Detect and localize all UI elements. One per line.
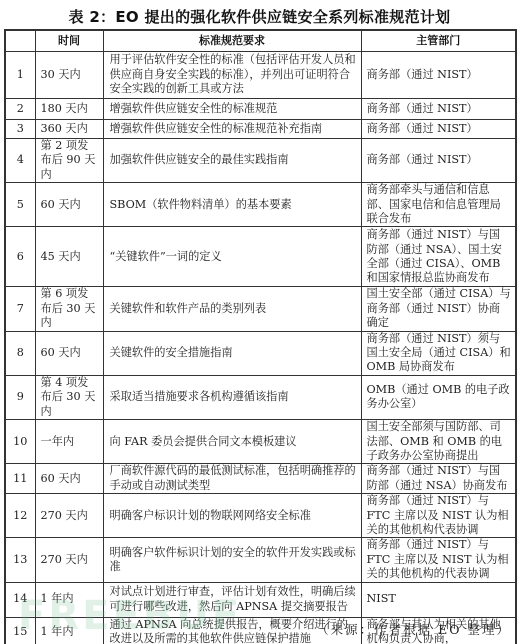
row-department: 商务部（通过 NIST） (361, 99, 516, 120)
row-time: 60 天内 (35, 464, 103, 494)
row-time: 270 天内 (35, 538, 103, 582)
row-department: 商务部（通过 NIST） (361, 52, 516, 99)
row-department: 商务部（通过 NIST） (361, 120, 516, 139)
row-department: 国土安全部须与国防部、司法部、OMB 和 OMB 的电子政务办公室协商提出 (361, 420, 516, 464)
row-time: 270 天内 (35, 494, 103, 538)
table-header-row: 时间 标准规范要求 主管部门 (5, 30, 516, 52)
table-row: 12270 天内明确客户标识计划的物联网网络安全标准商务部（通过 NIST）与 … (5, 494, 516, 538)
header-department: 主管部门 (361, 30, 516, 52)
row-number: 12 (5, 494, 35, 538)
table-row: 860 天内关键软件的安全措施指南商务部（通过 NIST）须与国土安全局（通过 … (5, 331, 516, 375)
row-department: 商务部（通过 NIST）与 FTC 主席以及 NIST 认为相关的其他机构的代表… (361, 538, 516, 582)
row-number: 6 (5, 227, 35, 287)
row-department: 商务部（通过 NIST）须与国土安全局（通过 CISA）和 OMB 局协商发布 (361, 331, 516, 375)
table-row: 9第 4 项发布后 30 天内采取适当措施要求各机构遵循该指南OMB（通过 OM… (5, 375, 516, 419)
row-number: 8 (5, 331, 35, 375)
row-time: 180 天内 (35, 99, 103, 120)
row-number: 11 (5, 464, 35, 494)
row-time: 360 天内 (35, 120, 103, 139)
row-department: 商务部牵头与通信和信息部、国家电信和信息管理局联合发布 (361, 183, 516, 227)
table-row: 7第 6 项发布后 30 天内关键软件和软件产品的类别列表国土安全部（通过 CI… (5, 287, 516, 331)
row-department: OMB（通过 OMB 的电子政务办公室） (361, 375, 516, 419)
row-requirement: 关键软件和软件产品的类别列表 (103, 287, 361, 331)
row-department: 国土安全部（通过 CISA）与商务部（通过 NIST）协商确定 (361, 287, 516, 331)
row-number: 3 (5, 120, 35, 139)
row-number: 4 (5, 139, 35, 183)
row-time: 第 4 项发布后 30 天内 (35, 375, 103, 419)
row-requirement: “关键软件”一词的定义 (103, 227, 361, 287)
table-row: 3360 天内增强软件供应链安全性的标准规范补充指南商务部（通过 NIST） (5, 120, 516, 139)
row-number: 2 (5, 99, 35, 120)
row-requirement: 向 FAR 委员会提供合同文本模板建议 (103, 420, 361, 464)
row-requirement: 厂商软件源代码的最低测试标准，包括明确推荐的手动或自动测试类型 (103, 464, 361, 494)
source-note: （来源：作者根据 EO 整理） (316, 620, 511, 638)
watermark-logo: FREEBUF (18, 596, 242, 636)
row-department: 商务部（通过 NIST）与国防部（通过 NSA）协商发布 (361, 464, 516, 494)
row-department: NIST (361, 582, 516, 617)
table-row: 560 天内SBOM（软件物料清单）的基本要素商务部牵头与通信和信息部、国家电信… (5, 183, 516, 227)
row-department: 商务部（通过 NIST）与国防部（通过 NSA）、国土安全部（通过 CISA）、… (361, 227, 516, 287)
row-department: 商务部（通过 NIST）与 FTC 主席以及 NIST 认为相关的其他机构代表协… (361, 494, 516, 538)
table-row: 4第 2 项发布后 90 天内加强软件供应链安全的最佳实践指南商务部（通过 NI… (5, 139, 516, 183)
table-row: 10一年内向 FAR 委员会提供合同文本模板建议国土安全部须与国防部、司法部、O… (5, 420, 516, 464)
row-time: 60 天内 (35, 331, 103, 375)
table-title: 表 2：EO 提出的强化软件供应链安全系列标准规范计划 (0, 6, 519, 27)
row-department: 商务部（通过 NIST） (361, 139, 516, 183)
row-requirement: 加强软件供应链安全的最佳实践指南 (103, 139, 361, 183)
row-time: 30 天内 (35, 52, 103, 99)
standards-plan-table: 时间 标准规范要求 主管部门 130 天内用于评估软件安全性的标准（包括评估开发… (4, 29, 517, 644)
row-number: 9 (5, 375, 35, 419)
row-requirement: 明确客户标识计划的物联网网络安全标准 (103, 494, 361, 538)
table-row: 130 天内用于评估软件安全性的标准（包括评估开发人员和供应商自身安全实践的标准… (5, 52, 516, 99)
row-number: 10 (5, 420, 35, 464)
row-time: 60 天内 (35, 183, 103, 227)
row-number: 5 (5, 183, 35, 227)
row-number: 7 (5, 287, 35, 331)
row-requirement: 关键软件的安全措施指南 (103, 331, 361, 375)
header-time: 时间 (35, 30, 103, 52)
table-row: 13270 天内明确客户软件标识计划的安全的软件开发实践或标准商务部（通过 NI… (5, 538, 516, 582)
row-requirement: 增强软件供应链安全性的标准规范补充指南 (103, 120, 361, 139)
row-time: 第 6 项发布后 30 天内 (35, 287, 103, 331)
row-requirement: SBOM（软件物料清单）的基本要素 (103, 183, 361, 227)
row-requirement: 采取适当措施要求各机构遵循该指南 (103, 375, 361, 419)
row-requirement: 明确客户软件标识计划的安全的软件开发实践或标准 (103, 538, 361, 582)
table-row: 645 天内“关键软件”一词的定义商务部（通过 NIST）与国防部（通过 NSA… (5, 227, 516, 287)
row-number: 1 (5, 52, 35, 99)
table-row: 2180 天内增强软件供应链安全性的标准规范商务部（通过 NIST） (5, 99, 516, 120)
row-requirement: 用于评估软件安全性的标准（包括评估开发人员和供应商自身安全实践的标准），并列出可… (103, 52, 361, 99)
row-time: 45 天内 (35, 227, 103, 287)
row-time: 一年内 (35, 420, 103, 464)
header-requirement: 标准规范要求 (103, 30, 361, 52)
row-requirement: 增强软件供应链安全性的标准规范 (103, 99, 361, 120)
row-number: 13 (5, 538, 35, 582)
row-time: 第 2 项发布后 90 天内 (35, 139, 103, 183)
header-index (5, 30, 35, 52)
table-row: 1160 天内厂商软件源代码的最低测试标准，包括明确推荐的手动或自动测试类型商务… (5, 464, 516, 494)
